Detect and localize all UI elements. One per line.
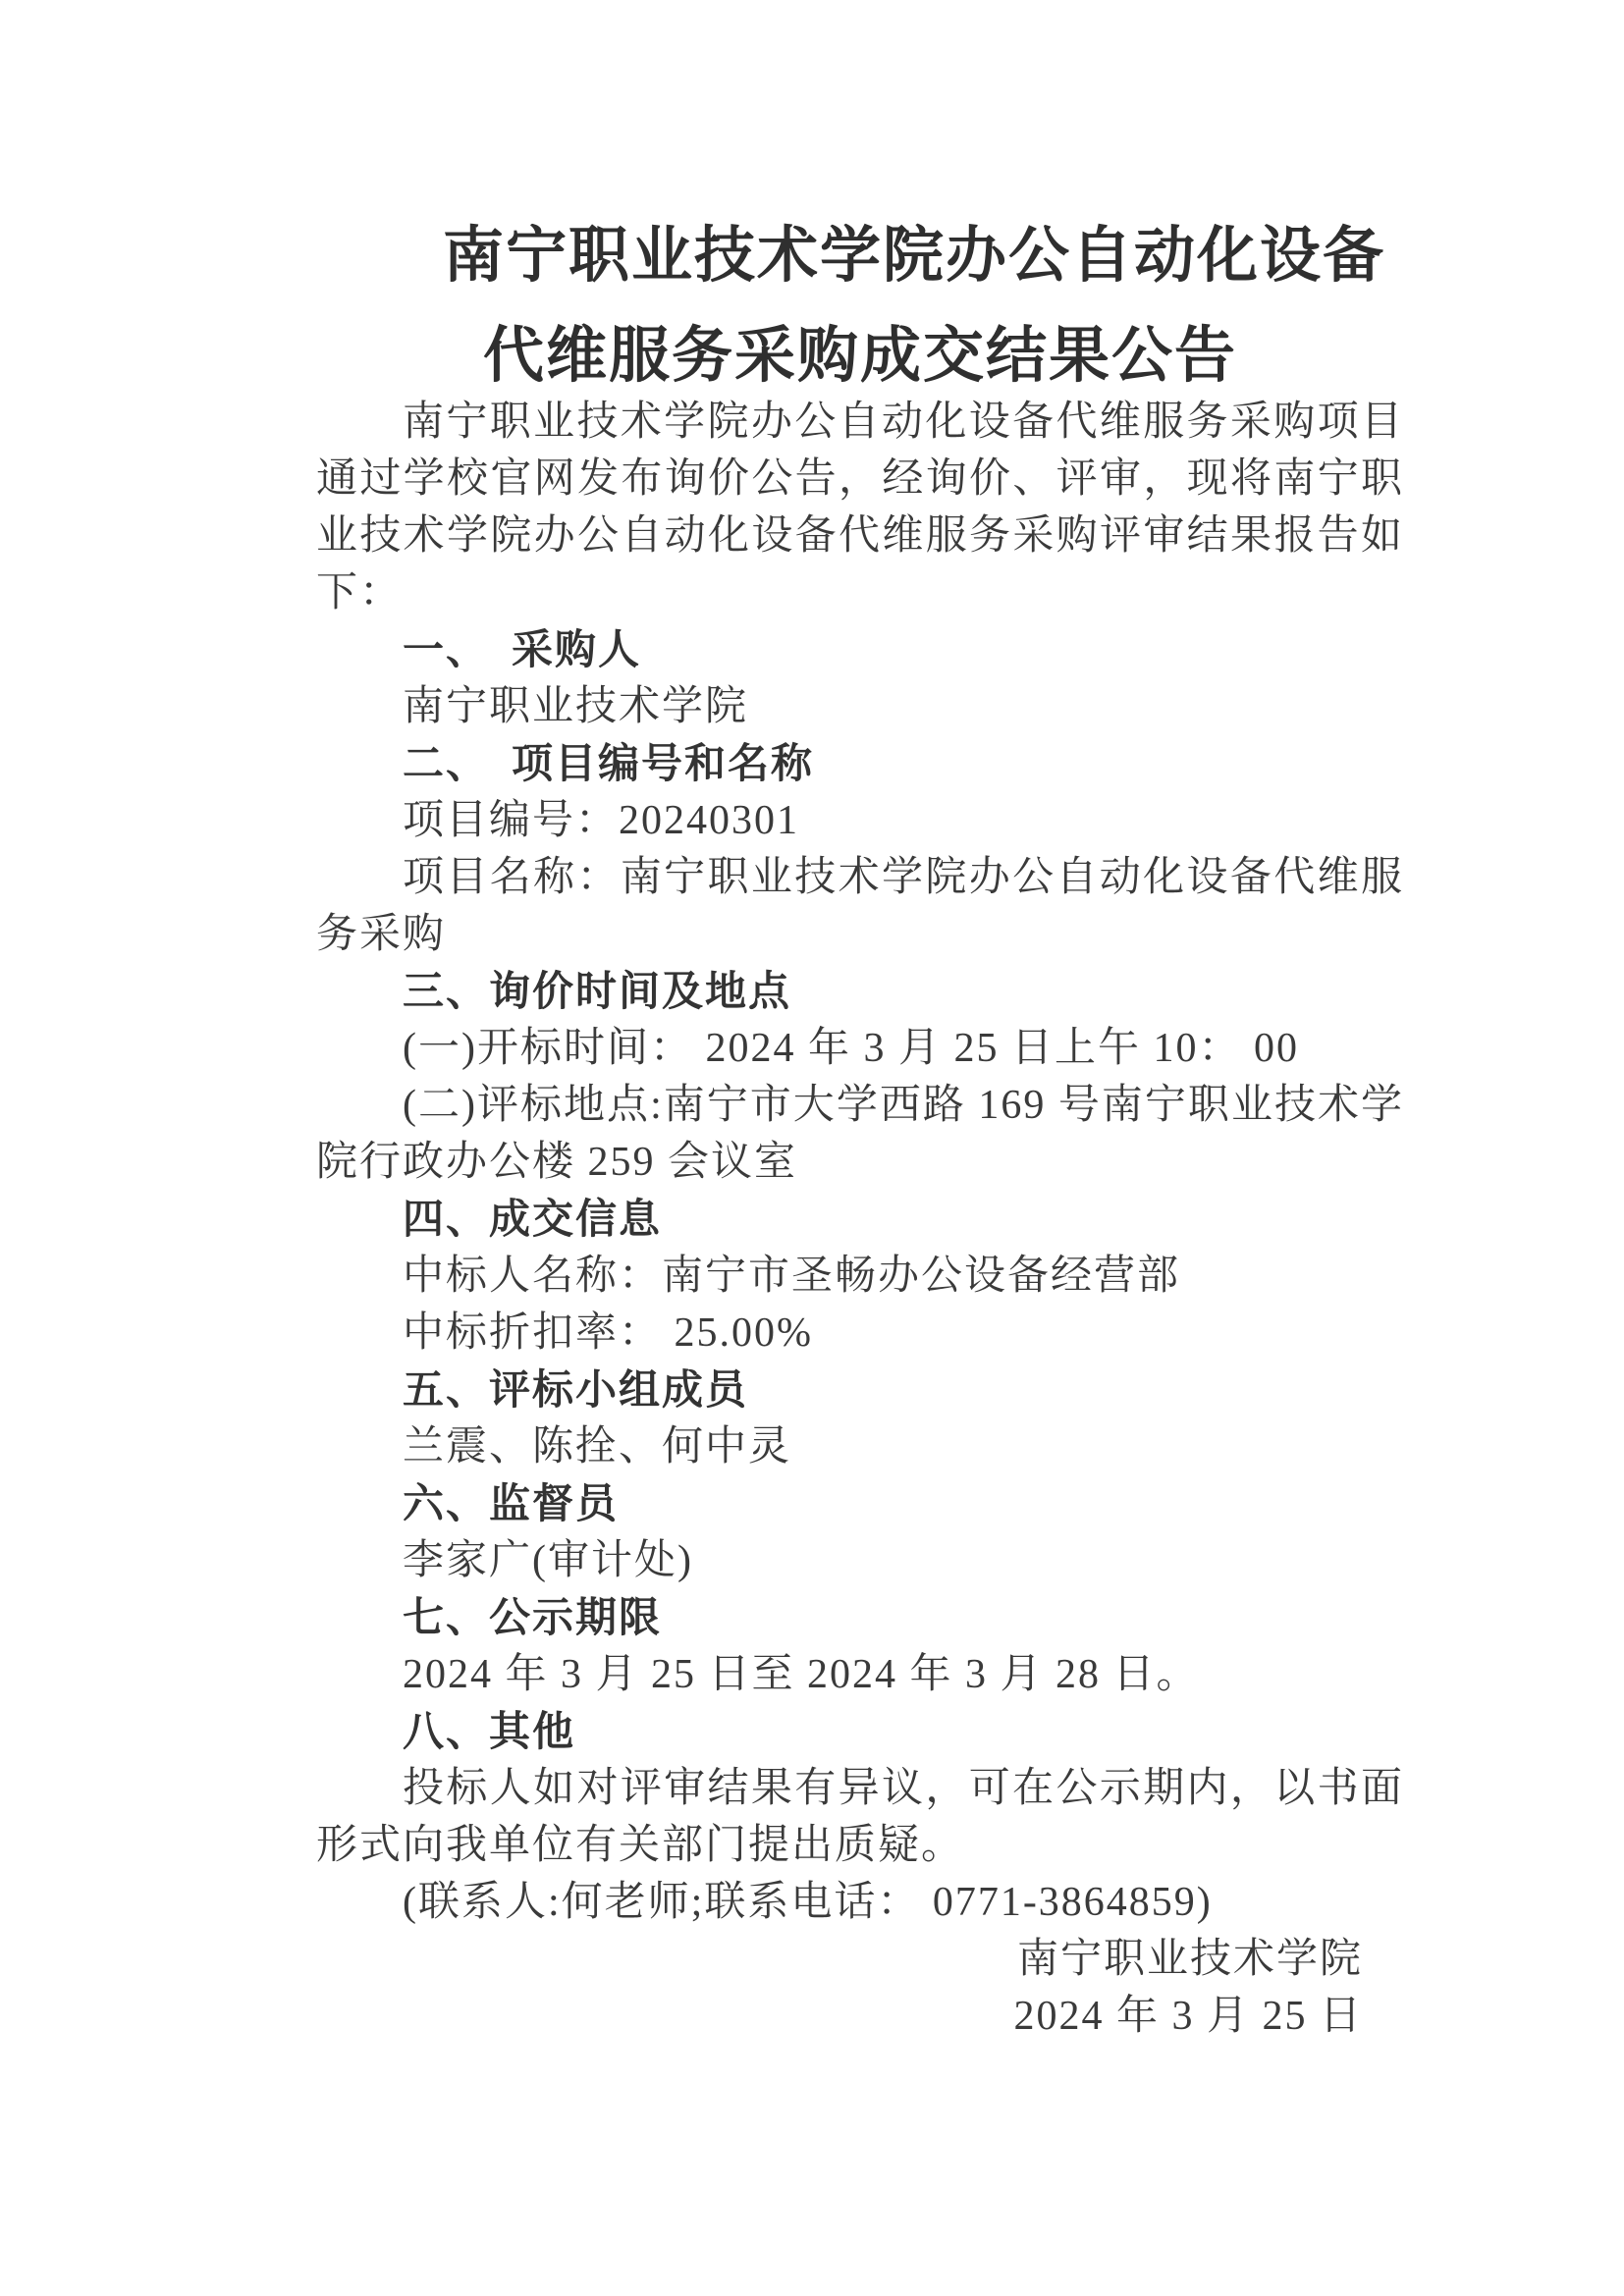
winning-discount-rate: 中标折扣率： 25.00% bbox=[316, 1305, 1404, 1362]
section-heading-award-info: 四、成交信息 bbox=[316, 1191, 1404, 1248]
section-heading-project: 二、 项目编号和名称 bbox=[316, 735, 1404, 792]
section-heading-evaluation-team: 五、评标小组成员 bbox=[316, 1362, 1404, 1418]
section-heading-inquiry-time-place: 三、询价时间及地点 bbox=[316, 963, 1404, 1020]
document-body: 南宁职业技术学院办公自动化设备代维服务采购项目通过学校官网发布询价公告，经询价、… bbox=[316, 394, 1404, 2045]
evaluation-place: (二)评标地点:南宁市大学西路 169 号南宁职业技术学院行政办公楼 259 会… bbox=[316, 1077, 1404, 1191]
supervisor-name: 李家广(审计处) bbox=[316, 1532, 1404, 1589]
project-number: 项目编号：20240301 bbox=[316, 792, 1404, 849]
evaluation-team-members: 兰震、陈拴、何中灵 bbox=[316, 1418, 1404, 1475]
section-heading-other: 八、其他 bbox=[316, 1703, 1404, 1760]
project-name: 项目名称：南宁职业技术学院办公自动化设备代维服务采购 bbox=[316, 849, 1404, 963]
purchaser-name: 南宁职业技术学院 bbox=[316, 678, 1404, 735]
signature-organization: 南宁职业技术学院 bbox=[316, 1931, 1404, 1988]
objection-notice: 投标人如对评审结果有异议，可在公示期内，以书面形式向我单位有关部门提出质疑。 bbox=[316, 1760, 1404, 1874]
signature-date: 2024 年 3 月 25 日 bbox=[316, 1988, 1404, 2045]
bid-opening-time: (一)开标时间： 2024 年 3 月 25 日上午 10： 00 bbox=[316, 1020, 1404, 1077]
publicity-period-dates: 2024 年 3 月 25 日至 2024 年 3 月 28 日。 bbox=[316, 1646, 1404, 1703]
winner-name: 中标人名称：南宁市圣畅办公设备经营部 bbox=[316, 1248, 1404, 1305]
section-heading-publicity-period: 七、公示期限 bbox=[316, 1589, 1404, 1646]
document-title: 南宁职业技术学院办公自动化设备 代维服务采购成交结果公告 bbox=[316, 206, 1404, 406]
intro-paragraph: 南宁职业技术学院办公自动化设备代维服务采购项目通过学校官网发布询价公告，经询价、… bbox=[316, 394, 1404, 621]
section-heading-purchaser: 一、 采购人 bbox=[316, 621, 1404, 678]
document-page: 南宁职业技术学院办公自动化设备 代维服务采购成交结果公告 南宁职业技术学院办公自… bbox=[0, 0, 1624, 2296]
title-line-1: 南宁职业技术学院办公自动化设备 bbox=[316, 206, 1404, 306]
section-heading-supervisor: 六、监督员 bbox=[316, 1475, 1404, 1532]
title-line-2: 代维服务采购成交结果公告 bbox=[316, 306, 1404, 406]
contact-info: (联系人:何老师;联系电话： 0771-3864859) bbox=[316, 1874, 1404, 1931]
